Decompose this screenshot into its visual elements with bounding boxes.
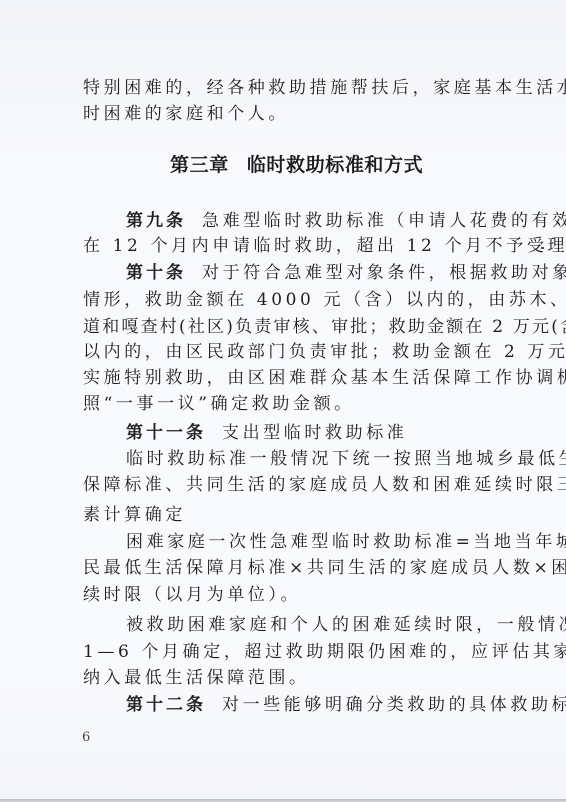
scan-artifact <box>541 212 543 218</box>
article-10-heading-line: 第十条对于符合急难型对象条件，根据救助对象困难 <box>126 262 526 284</box>
body-text-line: 情形，救助金额在 4000 元（含）以内的，由苏木、镇、街 <box>83 289 483 311</box>
article-text: 支出型临时救助标准 <box>222 423 407 443</box>
article-label: 第十二条 <box>126 695 206 715</box>
body-text-line: 困难家庭一次性急难型临时救助标准=当地当年城乡居 <box>126 531 526 553</box>
chapter-title: 临时救助标准和方式 <box>247 154 423 176</box>
chapter-number: 第三章 <box>170 154 229 176</box>
article-12-heading-line: 第十二条对一些能够明确分类救助的具体救助标准 <box>126 694 526 716</box>
article-9-heading-line: 第九条急难型临时救助标准（申请人花费的有效票据 <box>126 210 526 232</box>
body-text-line: 民最低生活保障月标准×共同生活的家庭成员人数×困难延 <box>83 557 483 579</box>
body-text-line: 照“一事一议”确定救助金额。 <box>83 393 483 415</box>
body-text-line: 被救助困难家庭和个人的困难延续时限，一般情况下按 <box>126 614 526 636</box>
article-11-heading-line: 第十一条支出型临时救助标准 <box>126 422 526 444</box>
article-text: 对一些能够明确分类救助的具体救助标准 <box>222 695 566 715</box>
body-text-line: 以内的，由区民政部门负责审批；救助金额在 2 万元以上的 <box>83 341 483 363</box>
body-text-line: 时困难的家庭和个人。 <box>83 103 483 125</box>
page-number: 6 <box>82 729 90 747</box>
chapter-heading: 第三章临时救助标准和方式 <box>170 152 423 178</box>
article-label: 第十条 <box>126 263 186 283</box>
body-text-line: 在 12 个月内申请临时救助，超出 12 个月不予受理） <box>83 235 483 257</box>
body-text-line: 道和嘎查村(社区)负责审核、审批；救助金额在 2 万元(含) <box>83 316 483 338</box>
body-text-line: 续时限（以月为单位）。 <box>83 584 483 606</box>
article-text: 急难型临时救助标准（申请人花费的有效票据 <box>202 211 566 231</box>
body-text-line: 特别困难的，经各种救助措施帮扶后，家庭基本生活水平暂 <box>83 77 483 99</box>
body-text-line: 纳入最低生活保障范围。 <box>83 667 483 689</box>
scan-artifact <box>541 247 544 249</box>
body-text-line: 保障标准、共同生活的家庭成员人数和困难延续时限三个要 <box>83 474 483 496</box>
article-label: 第九条 <box>126 211 186 231</box>
body-text-line: 1—6 个月确定，超过救助期限仍困难的，应评估其家庭是否 <box>83 641 483 663</box>
article-label: 第十一条 <box>126 423 206 443</box>
document-page: 特别困难的，经各种救助措施帮扶后，家庭基本生活水平暂 时困难的家庭和个人。 第三… <box>0 0 566 799</box>
body-text-line: 临时救助标准一般情况下统一按照当地城乡最低生活 <box>126 448 526 470</box>
body-text-line: 实施特别救助，由区困难群众基本生活保障工作协调机制按 <box>83 367 483 389</box>
body-text-line: 素计算确定 <box>83 504 483 526</box>
article-text: 对于符合急难型对象条件，根据救助对象困难 <box>202 263 566 283</box>
